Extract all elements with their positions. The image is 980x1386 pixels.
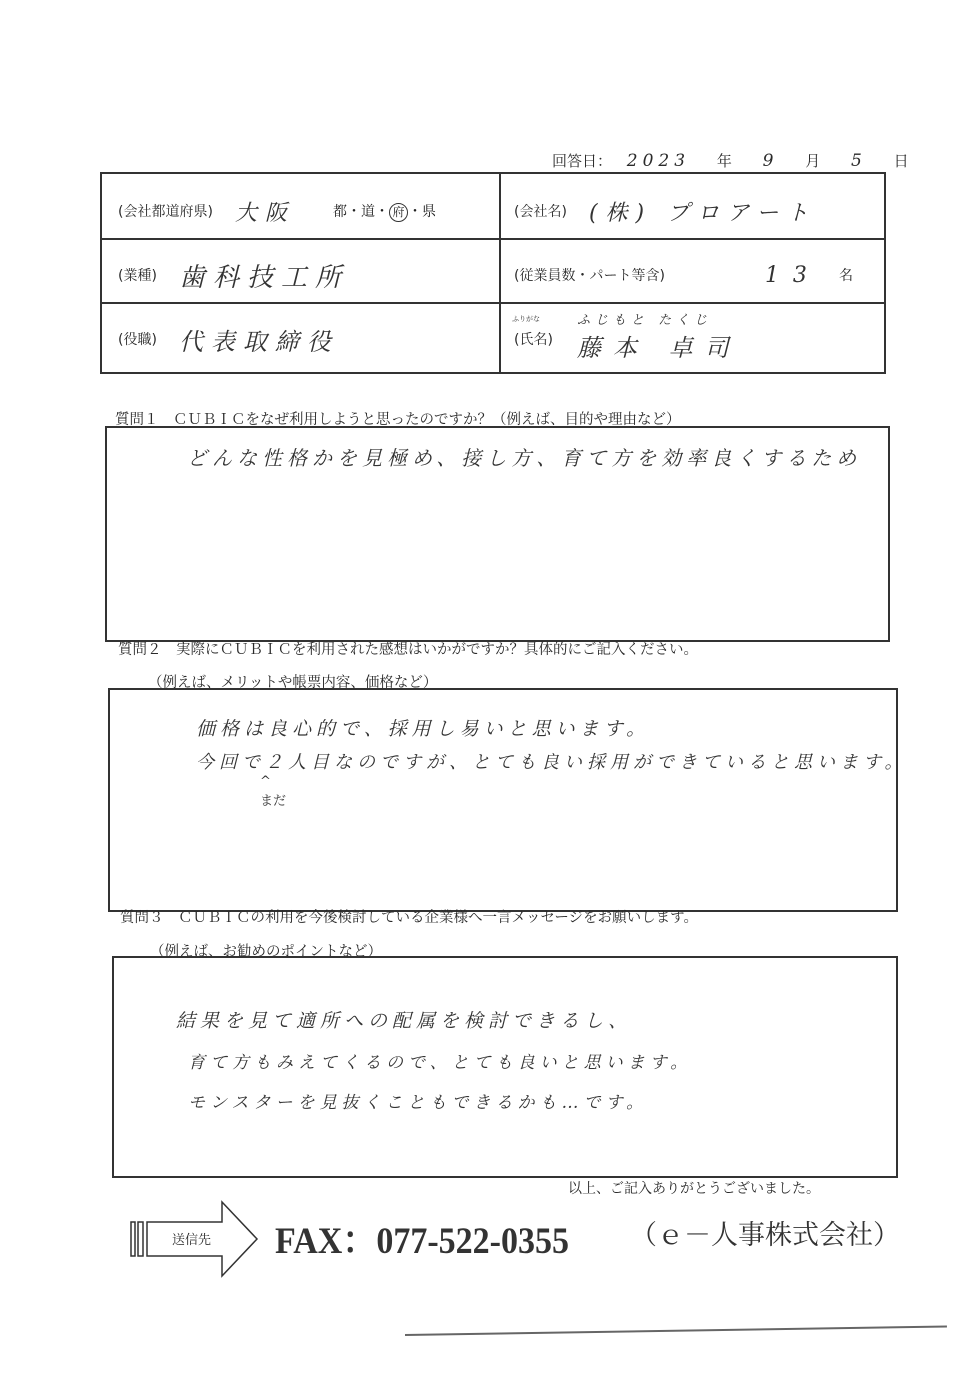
position-label: (役職) <box>118 329 157 349</box>
q3-answer-line: 結果を見て適所への配属を検討できるし、 <box>176 1006 632 1033</box>
table-divider <box>499 174 501 372</box>
q2-title: 質問２ 実際にＣＵＢＩＣを利用された感想はいかがですか？具体的にご記入ください。 <box>118 638 698 659</box>
employees-unit: 名 <box>839 265 853 285</box>
company-name-label: (会社名) <box>514 201 567 221</box>
month-unit: 月 <box>805 152 820 170</box>
answer-month: 9 <box>763 151 779 171</box>
name-label: (氏名) <box>514 329 553 349</box>
q3-answer-line: 育て方もみえてくるので、とても良いと思います。 <box>188 1048 692 1073</box>
q1-answer-box[interactable]: どんな性格かを見極め、接し方、育て方を効率良くするため <box>105 426 890 642</box>
prefecture-label: (会社都道府県) <box>118 201 213 221</box>
thanks-message: 以上、ご記入ありがとうございました。 <box>568 1178 820 1198</box>
furigana-label: ふりがな <box>512 314 540 324</box>
employees-label: (従業員数・パート等含) <box>514 265 665 285</box>
industry-field[interactable]: (業種) 歯科技工所 <box>118 244 349 306</box>
answer-year: 2023 <box>627 151 690 171</box>
prefecture-value: 大阪 <box>235 196 295 227</box>
q2-answer-line: 価格は良心的で、採用し易いと思います。 <box>196 714 650 741</box>
fax-number: FAX：077-522-0355 <box>275 1210 569 1264</box>
fax-company: （ｅ－人事株式会社） <box>630 1213 900 1252</box>
q3-answer-line: モンスターを見抜くこともできるかも…です。 <box>188 1088 648 1113</box>
name-furigana: ふじもと たくじ <box>577 309 741 328</box>
send-to-label: 送信先 <box>172 1229 211 1248</box>
industry-value: 歯科技工所 <box>179 257 349 294</box>
position-field[interactable]: (役職) 代表取締役 <box>118 308 339 370</box>
answer-date-label: 回答日： <box>552 152 612 170</box>
name-field[interactable]: (氏名) ふじもと たくじ 藤本 卓司 <box>514 308 741 370</box>
employees-value: 13 <box>765 263 821 288</box>
option-fu-selected[interactable]: 府 <box>389 203 408 222</box>
option-ken[interactable]: 県 <box>422 204 436 220</box>
answer-day: 5 <box>851 151 867 171</box>
company-name-value: (株) プロアート <box>589 196 817 227</box>
answer-date: 回答日： 2023 年 9 月 5 日 <box>552 150 919 171</box>
q2-answer-box[interactable]: 価格は良心的で、採用し易いと思います。 今回で２人目なのですが、とても良い採用が… <box>108 688 898 912</box>
q3-title: 質問３ ＣＵＢＩＣの利用を今後検討している企業様へ一言メッセージをお願いします。 <box>120 906 698 927</box>
industry-label: (業種) <box>118 265 157 285</box>
footer-divider <box>405 1325 947 1336</box>
company-info-table: (会社都道府県) 大阪 都・道・府・県 (業種) 歯科技工所 (役職) 代表取締… <box>100 172 886 374</box>
q2-answer-line: 今回で２人目なのですが、とても良い採用ができていると思います。 <box>196 748 908 774</box>
insertion-caret: ^ <box>260 774 271 789</box>
day-unit: 日 <box>894 152 909 170</box>
position-value: 代表取締役 <box>179 322 339 357</box>
q1-answer-line: どんな性格かを見極め、接し方、育て方を効率良くするため <box>187 442 861 471</box>
option-to[interactable]: 都 <box>333 204 347 220</box>
q2-insertion-note: まだ <box>260 790 286 809</box>
employees-field[interactable]: (従業員数・パート等含) 13 名 <box>514 244 874 306</box>
q3-answer-box[interactable]: 結果を見て適所への配属を検討できるし、 育て方もみえてくるので、とても良いと思い… <box>112 956 898 1178</box>
option-do[interactable]: 道 <box>361 204 375 220</box>
company-name-field[interactable]: (会社名) (株) プロアート <box>514 180 816 242</box>
prefecture-type-options: 都・道・府・県 <box>333 201 436 222</box>
prefecture-field[interactable]: (会社都道府県) 大阪 都・道・府・県 <box>118 180 436 242</box>
name-value: 藤本 卓司 <box>577 328 741 363</box>
year-unit: 年 <box>717 152 732 170</box>
